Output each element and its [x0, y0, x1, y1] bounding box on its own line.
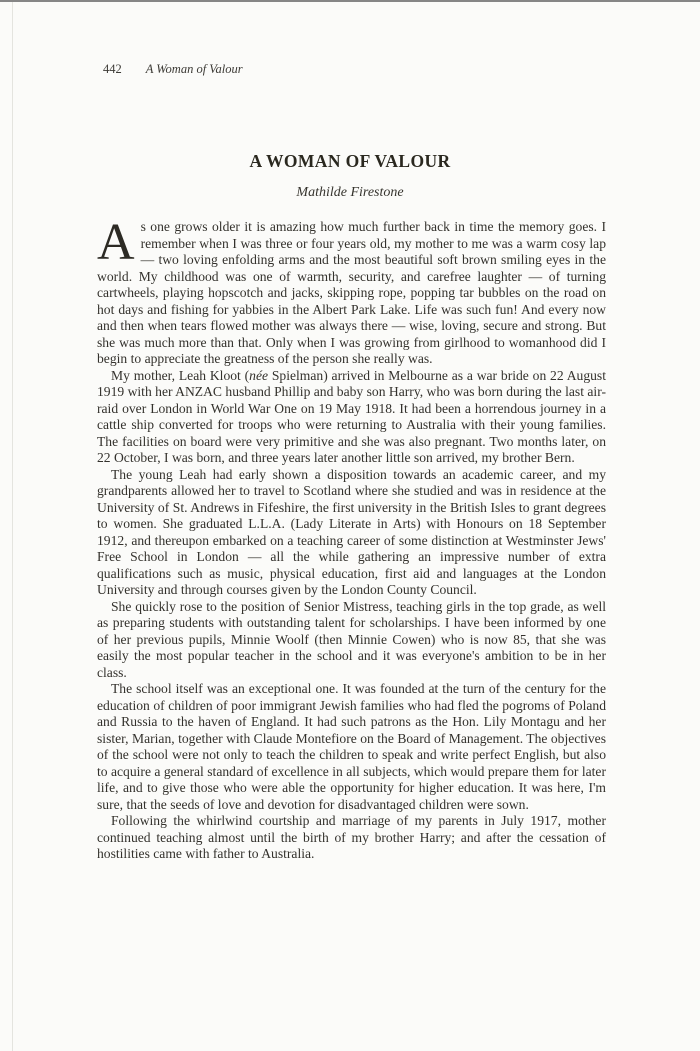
article-author: Mathilde Firestone [0, 185, 700, 201]
paragraph: She quickly rose to the position of Seni… [97, 599, 606, 682]
text-segment: The school itself was an exceptional one… [97, 681, 606, 812]
running-title: A Woman of Valour [146, 62, 243, 77]
paragraph: My mother, Leah Kloot (née Spielman) arr… [97, 368, 606, 467]
paragraph: The school itself was an exceptional one… [97, 681, 606, 813]
paragraph: The young Leah had early shown a disposi… [97, 467, 606, 599]
drop-cap: A [97, 219, 141, 263]
page-header: 442 A Woman of Valour [103, 62, 243, 77]
text-segment: She quickly rose to the position of Seni… [97, 599, 606, 680]
paragraph: Following the whirlwind courtship and ma… [97, 813, 606, 863]
paragraph: As one grows older it is amazing how muc… [97, 219, 606, 368]
text-segment: The young Leah had early shown a disposi… [97, 467, 606, 598]
text-segment: s one grows older it is amazing how much… [97, 219, 606, 366]
text-segment: Following the whirlwind courtship and ma… [97, 813, 606, 861]
text-segment: My mother, Leah Kloot ( [111, 368, 249, 383]
article-body: As one grows older it is amazing how muc… [97, 219, 606, 863]
italic-text: née [249, 368, 268, 383]
article-title: A WOMAN OF VALOUR [0, 151, 700, 172]
page-number: 442 [103, 62, 122, 77]
scan-top-edge-line [0, 0, 700, 2]
